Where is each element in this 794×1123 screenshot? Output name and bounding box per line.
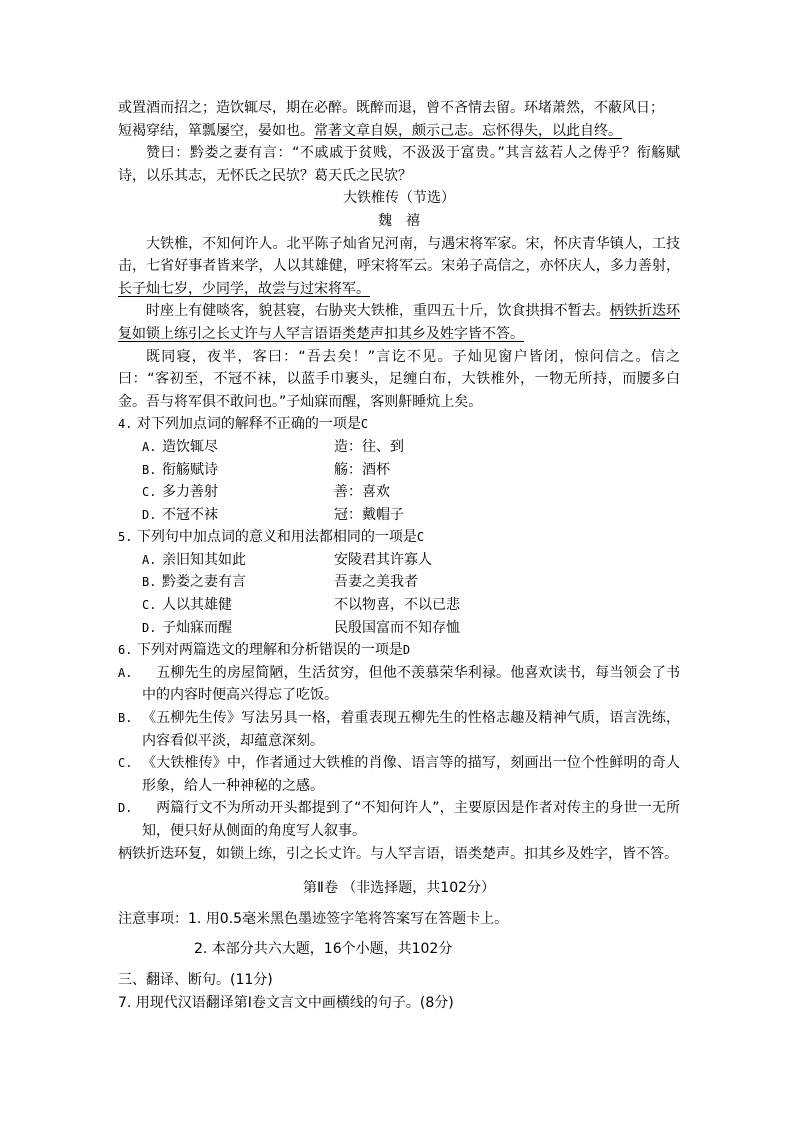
option-right: 造：往、到 bbox=[334, 436, 680, 459]
passage2-para3: 既同寝，夜半，客曰：“吾去矣！”言讫不见。子灿见窗户皆闭，惊问信之。信之曰：“客… bbox=[118, 346, 680, 414]
passage1-line2-plain: 短褐穿结，箪瓢屡空，晏如也。 bbox=[118, 123, 314, 139]
question-5-stem: 5. 下列句中加点词的意义和用法都相同的一项是C bbox=[118, 526, 680, 549]
option-label: C. bbox=[118, 752, 142, 797]
underlined-sentence-2: 长子灿七岁，少同学，故尝与过宋将军。 bbox=[118, 281, 370, 297]
passage2-title: 大铁椎传（节选） bbox=[118, 187, 680, 210]
option-left: 子灿寐而醒 bbox=[162, 617, 334, 640]
part2-note1: 注意事项：1. 用0.5毫米黑色墨迹签字笔将答案写在答题卡上。 bbox=[118, 908, 680, 931]
option-text: 《大铁椎传》中，作者通过大铁椎的肖像、语言等的描写，刻画出一位个性鲜明的奇人形象… bbox=[142, 752, 680, 797]
question-4-stem: 4. 对下列加点词的解释不正确的一项是C bbox=[118, 413, 680, 436]
passage1-line1: 或置酒而招之；造饮辄尽，期在必醉。既醉而退，曾不吝情去留。环堵萧然，不蔽风日； bbox=[118, 97, 680, 120]
question-number: 6. bbox=[118, 643, 132, 657]
note-1: 1. 用0.5毫米黑色墨迹签字笔将答案写在答题卡上。 bbox=[188, 911, 508, 927]
option-right: 不以物喜，不以已悲 bbox=[334, 594, 680, 617]
passage2-author: 魏 禧 bbox=[118, 210, 680, 233]
option-label: B. bbox=[142, 459, 162, 482]
option-label: C. bbox=[142, 594, 162, 617]
option-left: 黔娄之妻有言 bbox=[162, 571, 334, 594]
option-label: A. bbox=[142, 549, 162, 572]
question-stem: 对下列加点词的解释不正确的一项是 bbox=[137, 416, 361, 432]
option-left: 多力善射 bbox=[162, 481, 334, 504]
option-text: 五柳先生的房屋简陋，生活贫穷，但他不羡慕荣华利禄。他喜欢读书，每当领会了书中的内… bbox=[142, 662, 680, 707]
question-stem: 下列对两篇选文的理解和分析错误的一项是 bbox=[137, 642, 403, 658]
option-label: A. bbox=[118, 662, 142, 707]
para1-plain: 大铁椎，不知何许人。北平陈子灿省兄河南，与遇宋将军家。宋，怀庆青华镇人，工技击，… bbox=[118, 236, 680, 275]
option-right: 吾妻之美我者 bbox=[334, 571, 680, 594]
spacer bbox=[118, 961, 680, 969]
q5-option-b: B.黔娄之妻有言吾妻之美我者 bbox=[118, 571, 680, 594]
q4-option-d: D.不冠不袜冠：戴帽子 bbox=[118, 504, 680, 527]
question-7: 7. 用现代汉语翻译第Ⅰ卷文言文中画横线的句子。(8分) bbox=[118, 992, 680, 1015]
question-stem: 下列句中加点词的意义和用法都相同的一项是 bbox=[137, 529, 417, 545]
option-left: 人以其雄健 bbox=[162, 594, 334, 617]
option-right: 冠：戴帽子 bbox=[334, 504, 680, 527]
part2-note2: 2. 本部分共六大题，16个小题，共102分 bbox=[118, 938, 680, 961]
q6-option-c: C.《大铁椎传》中，作者通过大铁椎的肖像、语言等的描写，刻画出一位个性鲜明的奇人… bbox=[118, 752, 680, 797]
passage2-para1: 大铁椎，不知何许人。北平陈子灿省兄河南，与遇宋将军家。宋，怀庆青华镇人，工技击，… bbox=[118, 233, 680, 301]
option-right: 善：喜欢 bbox=[334, 481, 680, 504]
q4-option-b: B.衔觞赋诗觞：酒杯 bbox=[118, 459, 680, 482]
q4-option-c: C.多力善射善：喜欢 bbox=[118, 481, 680, 504]
notes-label: 注意事项： bbox=[118, 911, 188, 927]
option-label: C. bbox=[142, 481, 162, 504]
q5-option-c: C.人以其雄健不以物喜，不以已悲 bbox=[118, 594, 680, 617]
spacer bbox=[118, 865, 680, 877]
option-label: D. bbox=[142, 617, 162, 640]
option-right: 觞：酒杯 bbox=[334, 459, 680, 482]
option-left: 造饮辄尽 bbox=[162, 436, 334, 459]
spacer bbox=[118, 900, 680, 908]
q6-option-b: B.《五柳先生传》写法另具一格，着重表现五柳先生的性格志趣及精神气质，语言洗练，… bbox=[118, 707, 680, 752]
option-left: 亲旧知其如此 bbox=[162, 549, 334, 572]
question-number: 5. bbox=[118, 530, 132, 544]
part2-title: 第Ⅱ卷 （非选择题，共102分） bbox=[118, 877, 680, 900]
passage1-line2: 短褐穿结，箪瓢屡空，晏如也。常著文章自娱，颇示己志。忘怀得失，以此自终。 bbox=[118, 120, 680, 143]
question-answer: D bbox=[403, 643, 410, 657]
exam-page: 或置酒而招之；造饮辄尽，期在必醉。既醉而退，曾不吝情去留。环堵萧然，不蔽风日； … bbox=[118, 97, 680, 1014]
question-answer: C bbox=[417, 530, 424, 544]
option-left: 不冠不袜 bbox=[162, 504, 334, 527]
q6-option-a: A. 五柳先生的房屋简陋，生活贫穷，但他不羡慕荣华利禄。他喜欢读书，每当领会了书… bbox=[118, 662, 680, 707]
option-text: 《五柳先生传》写法另具一格，着重表现五柳先生的性格志趣及精神气质，语言洗练，内容… bbox=[142, 707, 680, 752]
option-label: A. bbox=[142, 436, 162, 459]
q5-option-d: D.子灿寐而醒民殷国富而不知存恤 bbox=[118, 617, 680, 640]
option-left: 衔觞赋诗 bbox=[162, 459, 334, 482]
option-right: 民殷国富而不知存恤 bbox=[334, 617, 680, 640]
q4-option-a: A.造饮辄尽造：往、到 bbox=[118, 436, 680, 459]
section-3-heading: 三、翻译、断句。(11分) bbox=[118, 969, 680, 992]
option-right: 安陵君其许寡人 bbox=[334, 549, 680, 572]
q5-option-a: A.亲旧知其如此安陵君其许寡人 bbox=[118, 549, 680, 572]
question-6-stem: 6. 下列对两篇选文的理解和分析错误的一项是D bbox=[118, 639, 680, 662]
option-label: B. bbox=[142, 571, 162, 594]
option-label: B. bbox=[118, 707, 142, 752]
option-text: 两篇行文不为所动开头都提到了“不知何许人”，主要原因是作者对传主的身世一无所知，… bbox=[142, 797, 680, 842]
question-number: 4. bbox=[118, 417, 132, 431]
para2-plain: 时座上有健啖客，貌甚寝，右胁夹大铁椎，重四五十斤，饮食拱揖不暂去。 bbox=[146, 303, 610, 319]
option-label: D. bbox=[118, 797, 142, 842]
q6-option-d: D. 两篇行文不为所动开头都提到了“不知何许人”，主要原因是作者对传主的身世一无… bbox=[118, 797, 680, 842]
passage2-para2: 时座上有健啖客，貌甚寝，右胁夹大铁椎，重四五十斤，饮食拱揖不暂去。柄铁折迭环复如… bbox=[118, 300, 680, 345]
punctuated-sentence: 柄铁折迭环复，如锁上练，引之长丈许。与人罕言语，语类楚声。扣其乡及姓字，皆不答。 bbox=[118, 843, 680, 866]
option-label: D. bbox=[142, 504, 162, 527]
question-answer: C bbox=[361, 417, 368, 431]
passage1-zan: 赞曰：黔娄之妻有言：“不戚戚于贫贱，不汲汲于富贵。”其言兹若人之俦乎？衔觞赋诗，… bbox=[118, 142, 680, 187]
spacer bbox=[118, 930, 680, 938]
underlined-sentence-1: 常著文章自娱，颇示己志。忘怀得失，以此自终。 bbox=[314, 123, 622, 139]
